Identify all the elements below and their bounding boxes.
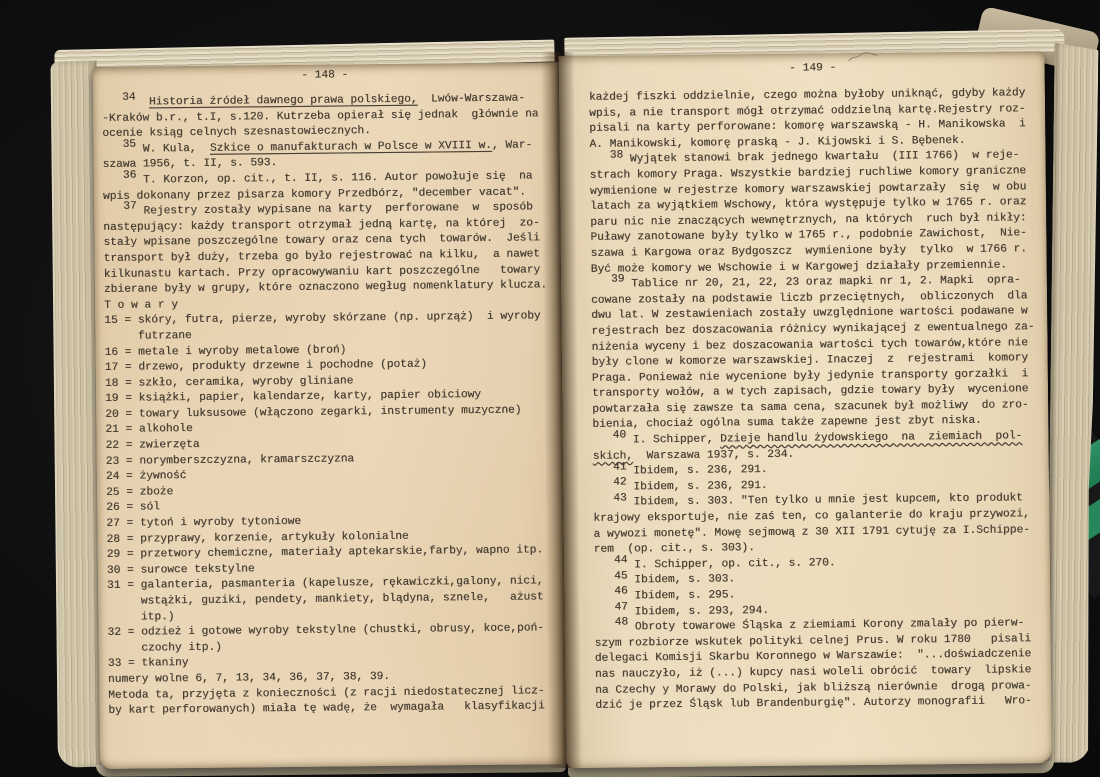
page-number-148: - 148 - — [93, 66, 551, 86]
page-149-text: każdej fiszki oddzielnie, czego można by… — [589, 86, 1052, 714]
page-edges-right — [1046, 43, 1099, 763]
page-148-text: 34 Historia źródeł dawnego prawa polskie… — [102, 91, 566, 720]
open-book: - 148 - 34 Historia źródeł dawnego prawa… — [42, 3, 1100, 776]
page-148: - 148 - 34 Historia źródeł dawnego prawa… — [93, 62, 566, 769]
photo-background: - 148 - 34 Historia źródeł dawnego prawa… — [0, 0, 1100, 777]
text-line: dzić je przez Śląsk lub Brandenburgię". … — [595, 694, 1051, 714]
pencil-mark — [846, 49, 880, 65]
page-149: - 149 - każdej fiszki oddzielnie, czego … — [559, 51, 1052, 768]
page-number-149: - 149 - — [587, 59, 1039, 79]
